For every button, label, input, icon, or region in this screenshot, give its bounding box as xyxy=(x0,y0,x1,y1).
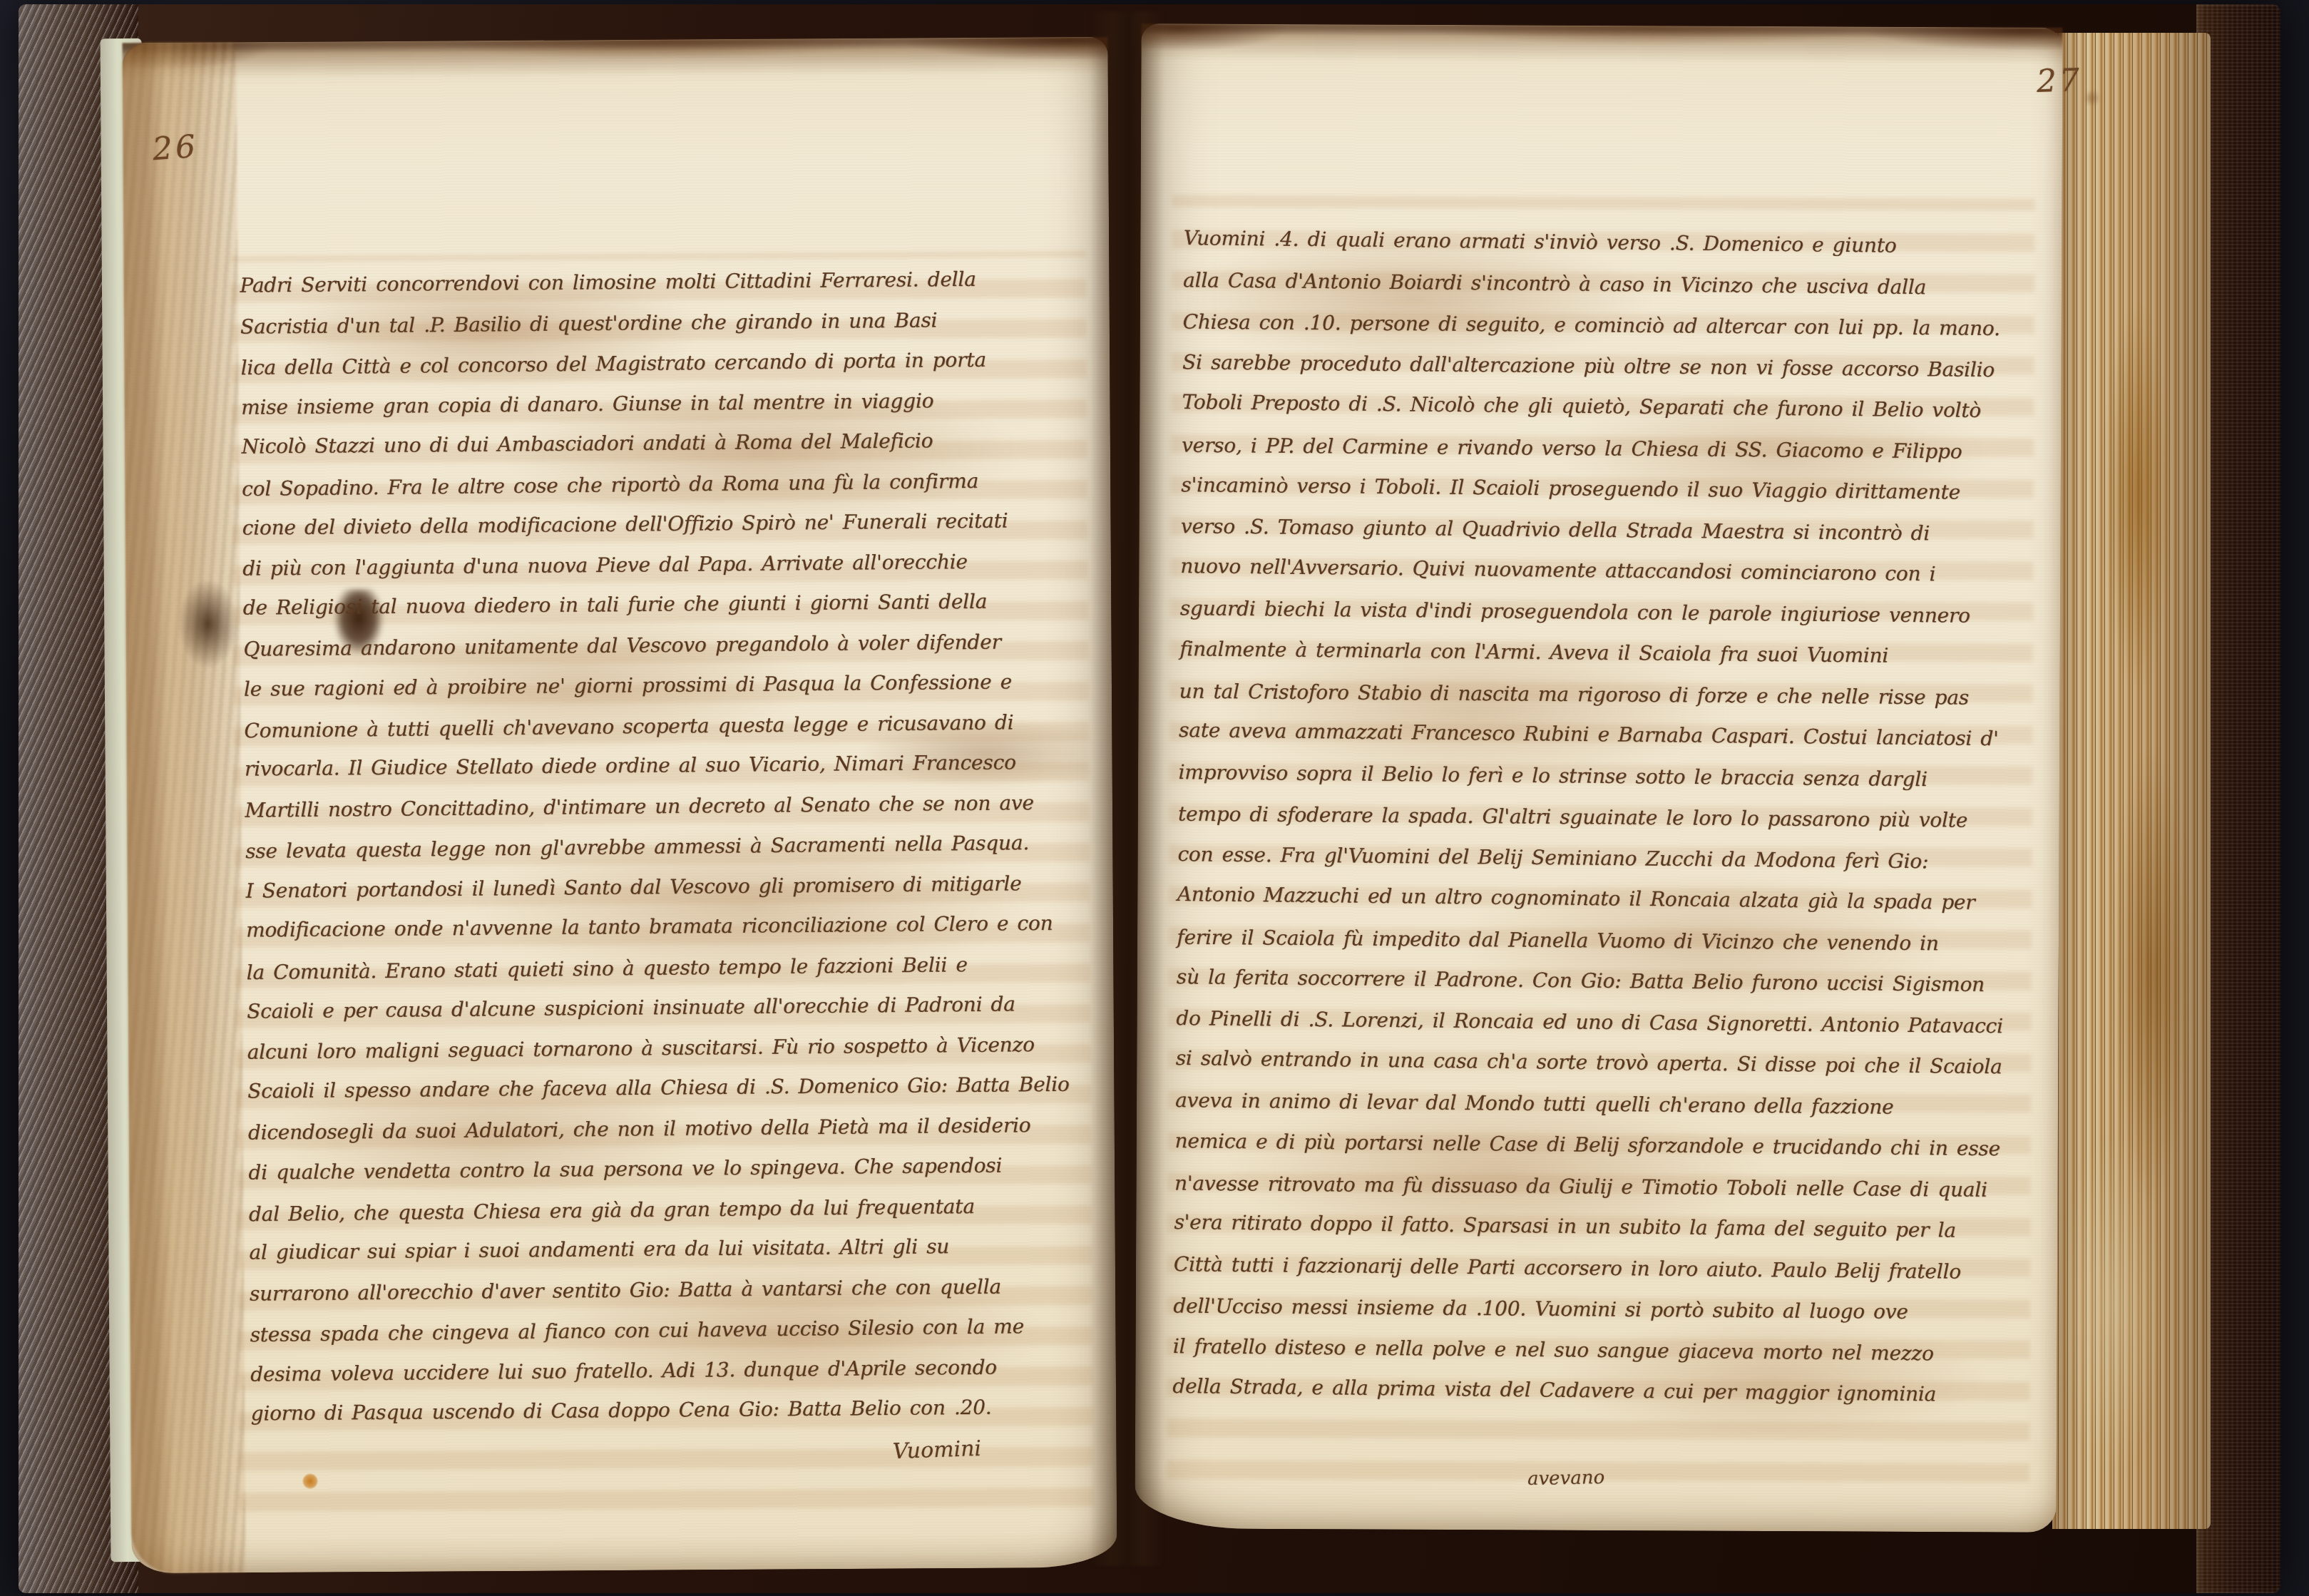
manuscript-line: Toboli Preposto di .S. Nicolò che gli qu… xyxy=(1182,382,2057,432)
manuscript-line: finalmente à terminarla con l'Armi. Avev… xyxy=(1179,628,2054,677)
catchword-right: avevano xyxy=(1527,1467,1605,1490)
manuscript-photo-scene: 26 27 Padri Serviti concorrendovi con li… xyxy=(0,0,2309,1596)
manuscript-line: giorno di Pasqua uscendo di Casa doppo C… xyxy=(250,1386,1103,1434)
manuscript-line: Nicolò Stazzi uno di dui Ambasciadori an… xyxy=(241,419,1094,467)
folio-number-right: 27 xyxy=(2036,62,2083,100)
manuscript-line: Città tutti i fazzionarij delle Parti ac… xyxy=(1174,1244,2048,1293)
handwritten-text-left: Padri Serviti concorrendovi con limosine… xyxy=(240,258,1104,1435)
catchword-left: Vuomini xyxy=(892,1436,981,1464)
fore-edge-stain xyxy=(2106,302,2169,691)
manuscript-line: nemica e di più portarsi nelle Case di B… xyxy=(1174,1120,2049,1170)
page-top-stain xyxy=(1141,24,2062,106)
manuscript-line: verso, i PP. del Carmine e rivando verso… xyxy=(1182,424,2056,473)
handwritten-text-right: Vuomini .4. di quali erano armati s'invi… xyxy=(1172,218,2058,1416)
page-left-water-stain xyxy=(122,42,245,1573)
orange-spot xyxy=(302,1473,318,1489)
manuscript-line: modificacione onde n'avvenne la tanto br… xyxy=(246,903,1099,951)
manuscript-line: dell'Ucciso messi insieme da .100. Vuomi… xyxy=(1173,1286,2047,1334)
manuscript-line: alla Casa d'Antonio Boiardi s'incontrò à… xyxy=(1183,260,2057,309)
fore-edge-stain xyxy=(2116,751,2188,1199)
manuscript-line: Chiesa con .10. persone di seguito, e co… xyxy=(1182,302,2057,350)
fore-edge-page-stack xyxy=(2052,33,2211,1529)
manuscript-line: de Religiosi tal nuova diedero in tali f… xyxy=(243,580,1096,628)
fore-edge-stain xyxy=(2065,1140,2160,1470)
manuscript-line: Antonio Mazzuchi ed un altro cognominato… xyxy=(1177,874,2052,924)
folio-number-left: 26 xyxy=(151,128,199,168)
manuscript-line: improvviso sopra il Belio lo ferì e lo s… xyxy=(1178,752,2052,801)
page-top-stain xyxy=(122,37,1108,121)
manuscript-line: tempo di sfoderare la spada. Gl'altri sg… xyxy=(1178,794,2052,842)
manuscript-line: Scaioli il spesso andare che faceva alla… xyxy=(247,1064,1100,1112)
manuscript-line: rivocarla. Il Giudice Stellato diede ord… xyxy=(245,742,1097,789)
manuscript-line: Padri Serviti concorrendovi con limosine… xyxy=(240,258,1092,306)
manuscript-line: della Strada, e alla prima vista del Cad… xyxy=(1172,1366,2047,1416)
manuscript-line: al giudicar sui spiar i suoi andamenti e… xyxy=(249,1225,1102,1273)
manuscript-line: ferire il Scaiola fù impedito dal Pianel… xyxy=(1177,916,2051,965)
